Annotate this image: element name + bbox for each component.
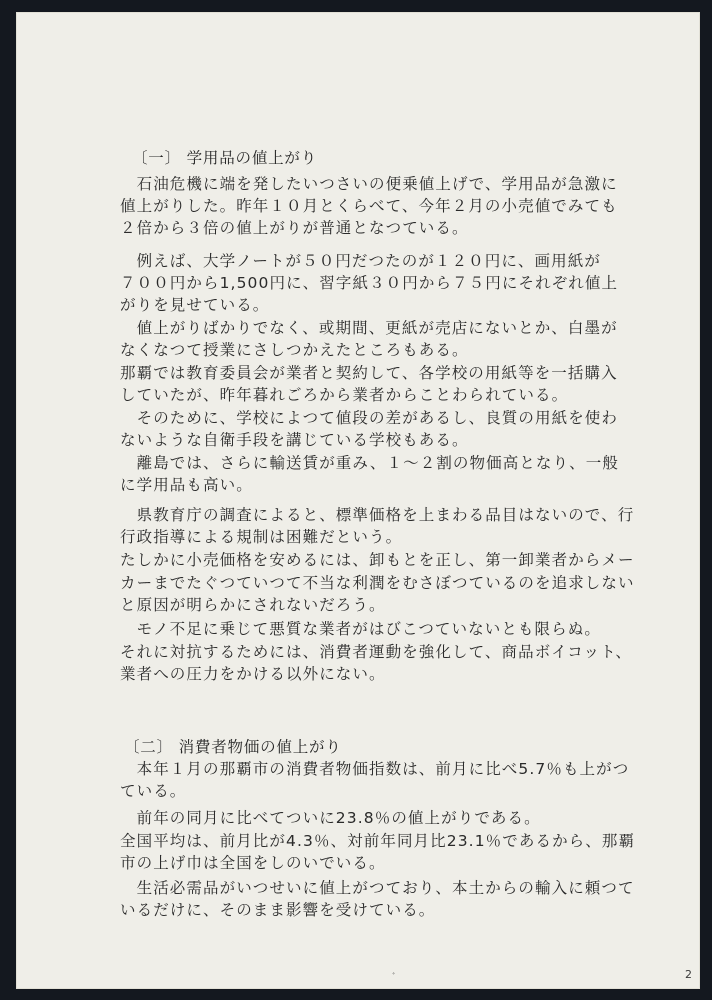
- text-line: 那覇では教育委員会が業者と契約して、各学校の用紙等を一括購入: [120, 361, 618, 383]
- text-line: していたが、昨年暮れごろから業者からことわられている。: [120, 383, 568, 405]
- text-line: 本年１月の那覇市の消費者物価指数は、前月に比べ5.7％も上がつ: [120, 757, 629, 779]
- text-line: カーまでたぐつていつて不当な利潤をむさぼつているのを追求しない: [120, 571, 635, 593]
- text-line: ２倍から３倍の値上がりが普通となつている。: [120, 216, 469, 238]
- text-line: なくなつて授業にさしつかえたところもある。: [120, 338, 469, 360]
- text-line: ７００円から1,500円に、習字紙３０円から７５円にそれぞれ値上: [120, 271, 618, 293]
- text-line: たしかに小売価格を安めるには、卸もとを正し、第一卸業者からメー: [120, 548, 635, 570]
- text-line: 前年の同月に比べてついに23.8％の値上がりである。: [120, 806, 541, 828]
- text-line: それに対抗するためには、消費者運動を強化して、商品ボイコット、: [120, 640, 632, 662]
- page-number: 2: [685, 968, 692, 981]
- text-line: ないような自衛手段を講じている学校もある。: [120, 428, 469, 450]
- bottom-center-mark: ﾞ: [392, 970, 397, 983]
- text-line: いるだけに、そのまま影響を受けている。: [120, 898, 435, 920]
- text-line: に学用品も高い。: [120, 473, 253, 495]
- text-line: ている。: [120, 779, 186, 801]
- text-line: 業者への圧力をかける以外にない。: [120, 662, 386, 684]
- text-line: モノ不足に乗じて悪質な業者がはびこつていないとも限らぬ。: [120, 617, 601, 639]
- text-line: 例えば、大学ノートが５０円だつたのが１２０円に、画用紙が: [120, 249, 601, 271]
- text-line: 離島では、さらに輸送賃が重み、１～２割の物価高となり、一般: [120, 451, 619, 473]
- text-line: 石油危機に端を発したいつさいの便乗値上げで、学用品が急激に: [120, 172, 618, 194]
- section-heading: 〔二〕 消費者物価の値上がり: [124, 735, 342, 757]
- text-line: 行政指導による規制は困難だという。: [120, 525, 402, 547]
- text-line: そのために、学校によつて値段の差があるし、良質の用紙を使わ: [120, 406, 618, 428]
- text-line: 値上がりばかりでなく、或期間、更紙が売店にないとか、白墨が: [120, 316, 618, 338]
- text-line: 値上がりした。昨年１０月とくらべて、今年２月の小売値でみても: [120, 194, 618, 216]
- text-line: と原因が明らかにされないだろう。: [120, 593, 386, 615]
- text-line: 生活必需品がいつせいに値上がつており、本土からの輸入に頼つて: [120, 876, 635, 898]
- document-page: 〔一〕 学用品の値上がり 石油危機に端を発したいつさいの便乗値上げで、学用品が急…: [16, 12, 700, 989]
- section-heading: 〔一〕 学用品の値上がり: [132, 146, 317, 168]
- text-line: 全国平均は、前月比が4.3％、対前年同月比23.1％であるから、那覇: [120, 829, 635, 851]
- text-line: 市の上げ巾は全国をしのいでいる。: [120, 851, 386, 873]
- text-line: 県教育庁の調査によると、標準価格を上まわる品目はないので、行: [120, 503, 634, 525]
- text-line: がりを見せている。: [120, 293, 269, 315]
